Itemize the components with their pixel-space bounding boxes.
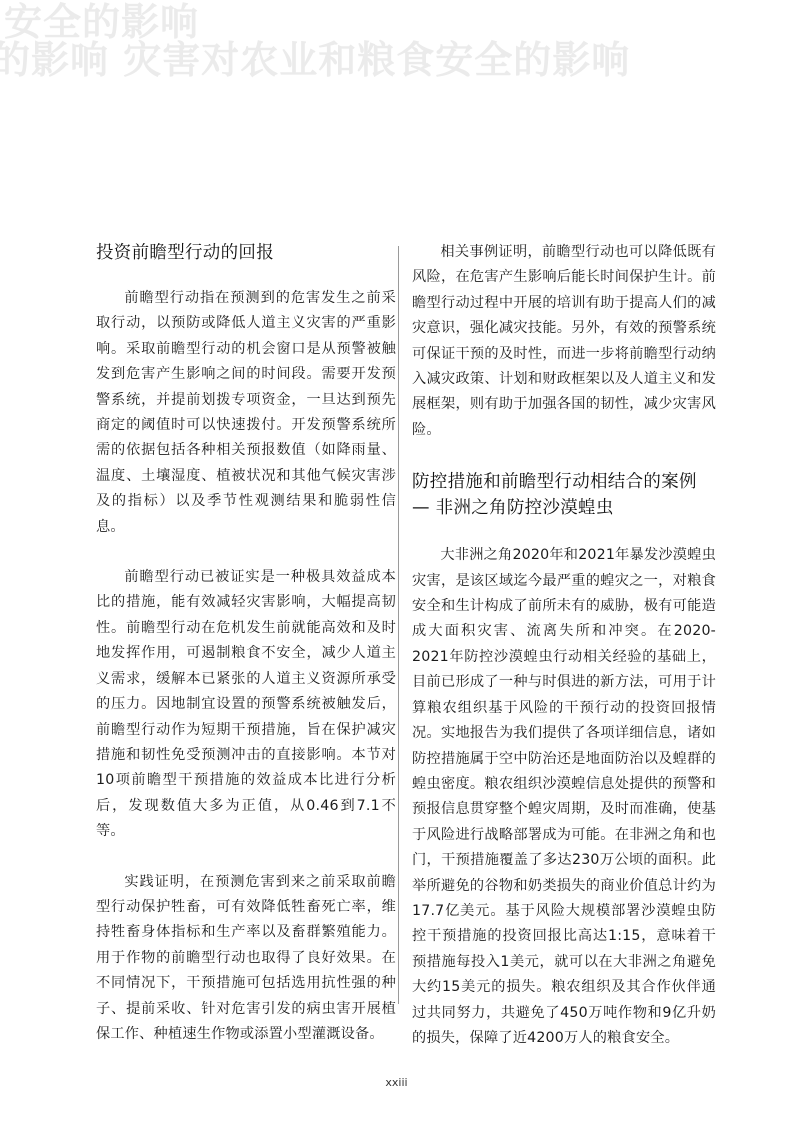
paragraph: 相关事例证明，前瞻型行动也可以降低既有风险，在危害产生影响后能长时间保护生计。前… xyxy=(412,240,716,443)
right-column: 相关事例证明，前瞻型行动也可以降低既有风险，在危害产生影响后能长时间保护生计。前… xyxy=(412,240,716,1051)
column-divider xyxy=(398,246,399,1004)
section-heading-case-study: 防控措施和前瞻型行动相结合的案例 — 非洲之角防控沙漠蝗虫 xyxy=(412,469,716,521)
paragraph: 大非洲之角2020年和2021年暴发沙漠蝗虫灾害，是该区域迄今最严重的蝗灾之一，… xyxy=(412,543,716,1051)
watermark-line-1: 安全的影响 xyxy=(4,2,199,42)
paragraph: 前瞻型行动指在预测到的危害发生之前采取行动，以预防或降低人道主义灾害的严重影响。… xyxy=(96,286,396,540)
left-column: 投资前瞻型行动的回报 前瞻型行动指在预测到的危害发生之前采取行动，以预防或降低人… xyxy=(96,240,396,1047)
watermark-line-2: 的影响 灾害对农业和粮食安全的影响 xyxy=(0,40,630,80)
paragraph: 实践证明，在预测危害到来之前采取前瞻型行动保护牲畜，可有效降低牲畜死亡率，维持牲… xyxy=(96,870,396,1048)
paragraph: 前瞻型行动已被证实是一种极具效益成本比的措施，能有效减轻灾害影响，大幅提高韧性。… xyxy=(96,565,396,844)
header-watermark: 安全的影响 的影响 灾害对农业和粮食安全的影响 xyxy=(0,0,793,100)
page-number: xxiii xyxy=(0,1076,793,1089)
section-heading-roi: 投资前瞻型行动的回报 xyxy=(96,240,396,266)
